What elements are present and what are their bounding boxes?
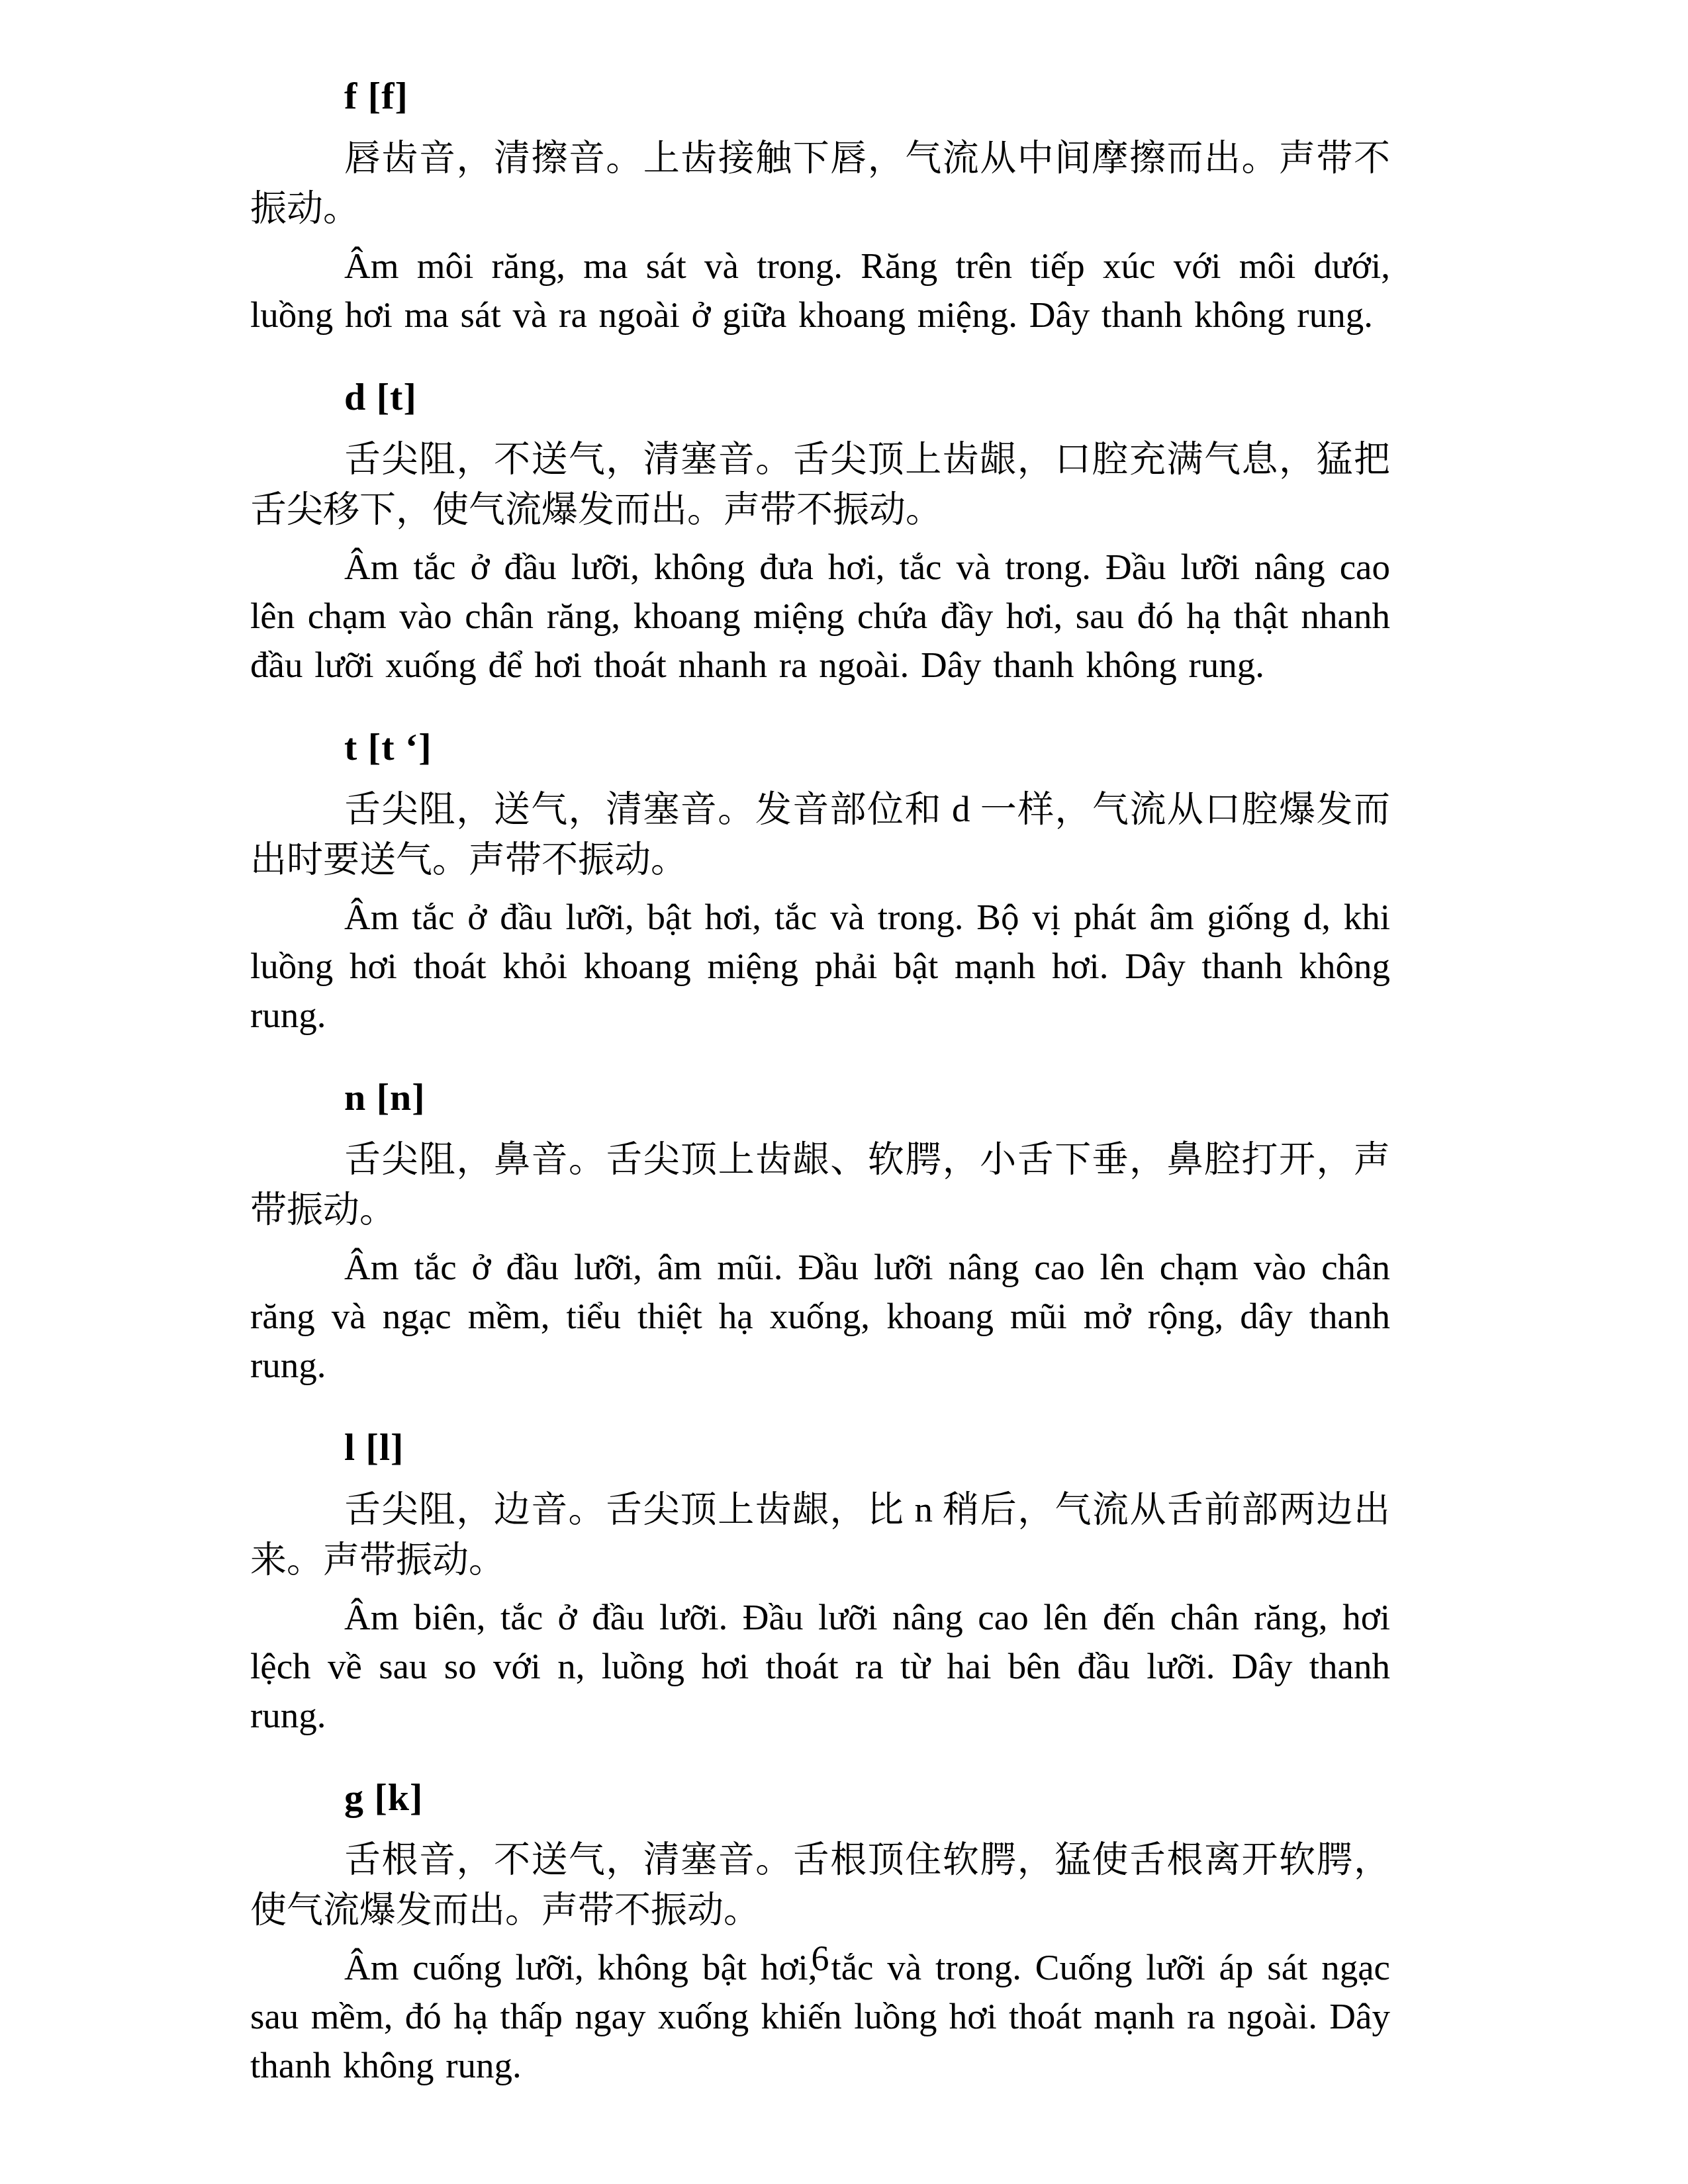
section-f-heading: f [f] xyxy=(344,71,1390,120)
section-t-vietnamese-description: Âm tắc ở đầu lưỡi, bật hơi, tắc và trong… xyxy=(250,893,1390,1040)
section-f: f [f] 唇齿音，清擦音。上齿接触下唇，气流从中间摩擦而出。声带不振动。 Âm… xyxy=(250,71,1390,340)
section-g-heading: g [k] xyxy=(344,1773,1390,1821)
section-t-heading: t [t ‘] xyxy=(344,723,1390,771)
section-t: t [t ‘] 舌尖阻，送气，清塞音。发音部位和 d 一样，气流从口腔爆发而出时… xyxy=(250,723,1390,1040)
section-n: n [n] 舌尖阻，鼻音。舌尖顶上齿龈、软腭，小舌下垂，鼻腔打开，声带振动。 Â… xyxy=(250,1073,1390,1390)
section-d: d [t] 舌尖阻，不送气，清塞音。舌尖顶上齿龈，口腔充满气息，猛把舌尖移下，使… xyxy=(250,373,1390,690)
section-l-vietnamese-description: Âm biên, tắc ở đầu lưỡi. Đầu lưỡi nâng c… xyxy=(250,1593,1390,1740)
page-content: f [f] 唇齿音，清擦音。上齿接触下唇，气流从中间摩擦而出。声带不振动。 Âm… xyxy=(250,71,1390,2090)
section-f-chinese-description: 唇齿音，清擦音。上齿接触下唇，气流从中间摩擦而出。声带不振动。 xyxy=(250,133,1390,234)
section-d-vietnamese-description: Âm tắc ở đầu lưỡi, không đưa hơi, tắc và… xyxy=(250,543,1390,690)
section-n-heading: n [n] xyxy=(344,1073,1390,1121)
document-page: f [f] 唇齿音，清擦音。上齿接触下唇，气流从中间摩擦而出。声带不振动。 Âm… xyxy=(0,0,1688,2184)
section-n-chinese-description: 舌尖阻，鼻音。舌尖顶上齿龈、软腭，小舌下垂，鼻腔打开，声带振动。 xyxy=(250,1134,1390,1235)
section-n-vietnamese-description: Âm tắc ở đầu lưỡi, âm mũi. Đầu lưỡi nâng… xyxy=(250,1243,1390,1390)
section-l-heading: l [l] xyxy=(344,1423,1390,1471)
page-number: 6 xyxy=(250,1938,1390,1979)
section-t-chinese-description: 舌尖阻，送气，清塞音。发音部位和 d 一样，气流从口腔爆发而出时要送气。声带不振… xyxy=(250,784,1390,885)
section-d-heading: d [t] xyxy=(344,373,1390,421)
section-d-chinese-description: 舌尖阻，不送气，清塞音。舌尖顶上齿龈，口腔充满气息，猛把舌尖移下，使气流爆发而出… xyxy=(250,434,1390,535)
section-l: l [l] 舌尖阻，边音。舌尖顶上齿龈，比 n 稍后，气流从舌前部两边出来。声带… xyxy=(250,1423,1390,1740)
section-l-chinese-description: 舌尖阻，边音。舌尖顶上齿龈，比 n 稍后，气流从舌前部两边出来。声带振动。 xyxy=(250,1484,1390,1585)
section-g: g [k] 舌根音，不送气，清塞音。舌根顶住软腭，猛使舌根离开软腭，使气流爆发而… xyxy=(250,1773,1390,2090)
section-g-chinese-description: 舌根音，不送气，清塞音。舌根顶住软腭，猛使舌根离开软腭，使气流爆发而出。声带不振… xyxy=(250,1835,1390,1935)
section-f-vietnamese-description: Âm môi răng, ma sát và trong. Răng trên … xyxy=(250,242,1390,340)
